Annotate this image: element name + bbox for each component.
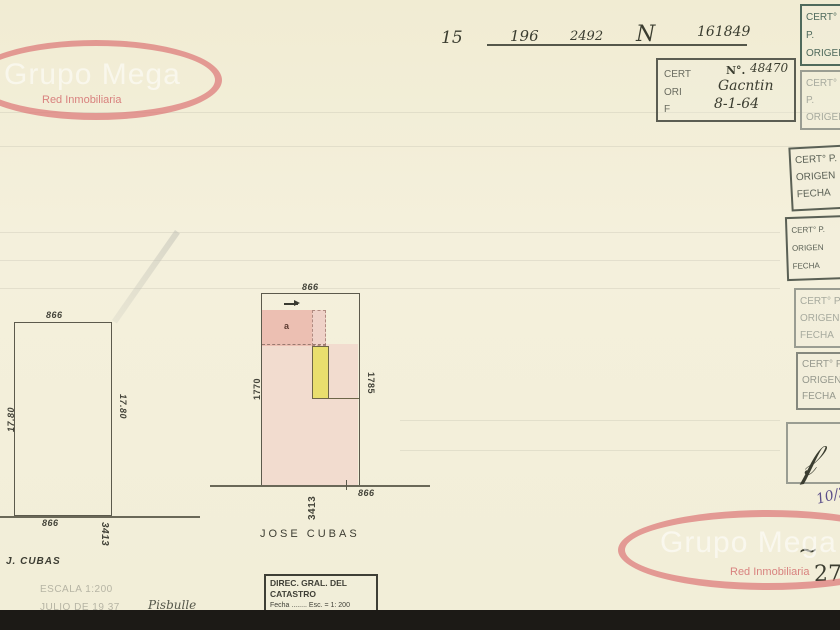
- ruled-line: [0, 288, 780, 289]
- ruled-line: [0, 232, 780, 233]
- handwritten-date-right: 10/3: [814, 484, 840, 508]
- cert-number: 48470: [750, 62, 788, 75]
- watermark-brand: Grupo Mega: [660, 526, 837, 560]
- cert-stamp-right-2: CERT° P. ORIGEN FECHA: [800, 70, 840, 130]
- scale-label: ESCALA 1:200: [40, 584, 113, 595]
- catastro-stamp: DIREC. GRAL. DEL CATASTRO Fecha ........…: [264, 574, 378, 612]
- lot-left-right-dimension: 17.80: [118, 394, 128, 419]
- stamp-line: ORIGEN: [796, 167, 840, 186]
- north-arrow-icon: [112, 230, 180, 324]
- stamp-line: FECHA: [806, 63, 840, 66]
- cert-number-prefix: N°.: [726, 64, 745, 77]
- stamp-line: FECHA: [800, 327, 840, 344]
- cert-label: CERT: [664, 68, 691, 81]
- cert-stamp-right-4: CERT° P. ORIGEN FECHA: [785, 215, 840, 281]
- header-field-1: 196: [510, 27, 539, 45]
- watermark-tagline: Red Inmobiliaria: [730, 566, 809, 578]
- lot-left-outline: [14, 322, 112, 516]
- lot-right-bottom-dimension: 866: [358, 488, 375, 498]
- lot-right-outline: [261, 293, 360, 486]
- lot-left-bottom-dimension: 866: [42, 518, 59, 528]
- parcel-label: a: [284, 321, 289, 331]
- scan-bottom-edge: [0, 610, 840, 630]
- cert-stamp-right-1: CERT° P. ORIGEN FECHA: [800, 4, 840, 66]
- origin-label: ORI: [664, 86, 682, 99]
- stamp-line: CERT° P.: [802, 357, 840, 373]
- cert-origin: Gacntin: [718, 80, 774, 93]
- scanned-document: 15 196 2492 N 161849 CERT ORI F N°. 4847…: [0, 0, 840, 610]
- cert-stamp-right-5: CERT° P. ORIGEN FECHA: [794, 288, 840, 348]
- street-label-right: JOSE CUBAS: [260, 528, 360, 540]
- header-field-3: 161849: [697, 24, 750, 40]
- lot-left-top-dimension: 866: [46, 310, 63, 320]
- stamp-line: ORIGEN: [806, 109, 840, 126]
- date-label: F: [664, 103, 670, 116]
- stamp-line: ORIGEN: [800, 310, 840, 327]
- cert-date: 8-1-64: [714, 98, 759, 111]
- ruled-line: [0, 260, 780, 261]
- stamp-line: ORIGEN: [802, 373, 840, 389]
- arrow-right-head-icon: [294, 300, 300, 306]
- stamp-line: FECHA: [792, 256, 840, 276]
- ruled-line: [400, 450, 780, 451]
- street-line-right: [210, 485, 430, 487]
- stamp-line: CERT° P.: [791, 220, 840, 240]
- catastro-stamp-title: DIREC. GRAL. DEL CATASTRO: [270, 578, 372, 600]
- stamp-line: CERT° P.: [800, 293, 840, 310]
- stamp-line: CERT° P.: [806, 9, 840, 45]
- stamp-line: FECHA: [806, 126, 840, 130]
- stamp-line: FECHA: [796, 184, 840, 203]
- header-field-2: 2492: [570, 29, 603, 44]
- watermark-tagline: Red Inmobiliaria: [42, 94, 121, 106]
- stamp-line: CERT° P.: [806, 75, 840, 109]
- cert-stamp-right-6: CERT° P. ORIGEN FECHA: [796, 352, 840, 410]
- stamp-line: ORIGEN: [806, 45, 840, 63]
- stamp-line: FECHA: [802, 389, 840, 405]
- house-number: 3413: [307, 496, 318, 520]
- street-tick: [346, 480, 347, 490]
- sheet-number: 15: [441, 28, 463, 48]
- lot-right-top-dimension: 866: [302, 282, 319, 292]
- ruled-line: [400, 420, 780, 421]
- ruled-line: [0, 146, 840, 147]
- lot-right-right-dimension: 1785: [366, 372, 376, 394]
- lot-left-left-dimension: 17.80: [6, 407, 16, 432]
- cert-stamp: CERT ORI F N°. 48470 Gacntin 8-1-64: [656, 58, 796, 122]
- street-line-left: [0, 516, 200, 518]
- stamp-line: ORIGEN: [792, 238, 840, 258]
- header-field-3-label: N: [636, 22, 655, 47]
- lot-left-corner-number: 3413: [99, 522, 110, 546]
- street-label-left: J. CUBAS: [6, 556, 61, 567]
- watermark-brand: Grupo Mega: [4, 58, 181, 92]
- lot-right-left-dimension: 1770: [252, 378, 262, 400]
- cert-stamp-right-3: CERT° P. ORIGEN FECHA: [788, 144, 840, 211]
